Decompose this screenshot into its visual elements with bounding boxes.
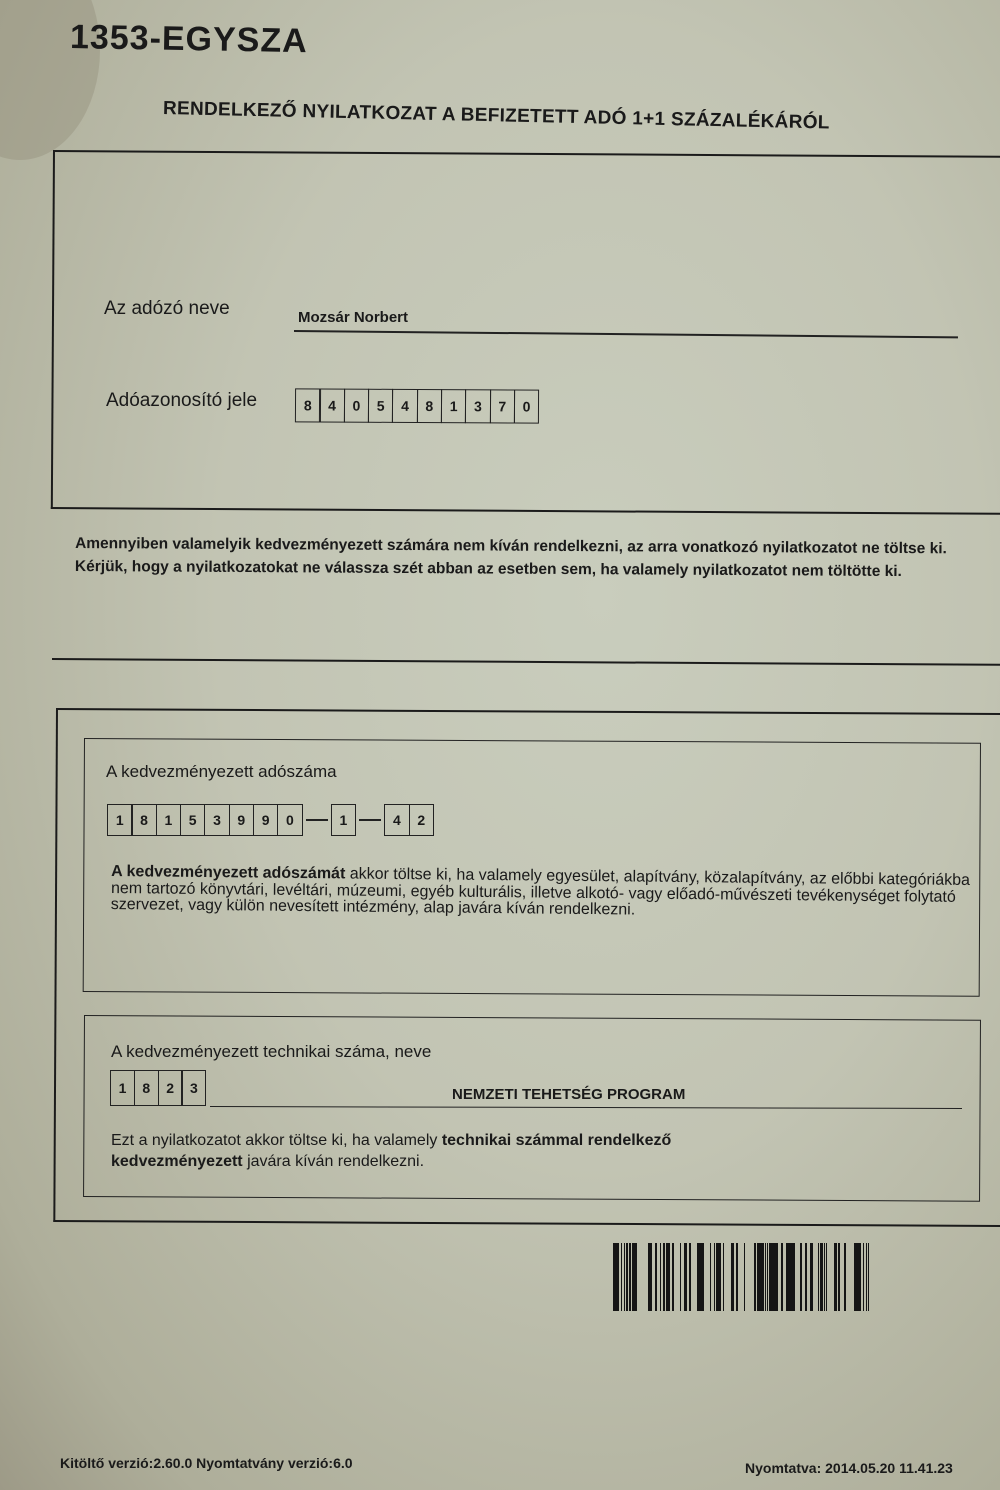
- digit-box[interactable]: 1: [331, 804, 357, 836]
- tax-id-field[interactable]: 8405481370: [295, 388, 539, 423]
- notice-text: Amennyiben valamelyik kedvezményezett sz…: [75, 536, 1000, 588]
- digit-box[interactable]: 7: [489, 389, 515, 423]
- digit-box[interactable]: 0: [277, 804, 303, 836]
- digit-box[interactable]: 8: [131, 804, 157, 836]
- digit-box[interactable]: 5: [180, 804, 206, 836]
- description-text: javára kíván rendelkezni.: [243, 1153, 424, 1170]
- taxpayer-name-field[interactable]: Mozsár Norbert: [298, 309, 408, 326]
- digit-box[interactable]: 1: [441, 389, 467, 423]
- technical-number-description: Ezt a nyilatkozatot akkor töltse ki, ha …: [111, 1130, 911, 1172]
- digit-box[interactable]: 0: [344, 389, 370, 423]
- digit-box[interactable]: 4: [384, 804, 410, 836]
- digit-box[interactable]: 8: [416, 389, 442, 423]
- description-text: Ezt a nyilatkozatot akkor töltse ki, ha …: [111, 1132, 442, 1149]
- digit-box[interactable]: 8: [134, 1070, 159, 1106]
- dash-separator: [306, 819, 328, 821]
- digit-box[interactable]: 3: [465, 389, 491, 423]
- digit-box[interactable]: 9: [229, 804, 255, 836]
- beneficiary-tax-number-field[interactable]: 18153990 1 42: [107, 804, 434, 836]
- tax-number-group-3[interactable]: 42: [384, 804, 434, 836]
- beneficiary-tax-number-description: A kedvezményezett adószámát akkor töltse…: [111, 864, 991, 923]
- section-divider: [52, 658, 1000, 666]
- digit-box[interactable]: 8: [295, 388, 321, 422]
- digit-box[interactable]: 0: [514, 390, 540, 424]
- footer-print-timestamp: Nyomtatva: 2014.05.20 11.41.23: [745, 1460, 953, 1476]
- beneficiary-tax-number-label: A kedvezményezett adószáma: [106, 762, 337, 782]
- digit-box[interactable]: 4: [319, 388, 345, 422]
- document-title: RENDELKEZŐ NYILATKOZAT A BEFIZETETT ADÓ …: [163, 98, 830, 135]
- digit-box[interactable]: 2: [158, 1070, 183, 1106]
- digit-box[interactable]: 3: [181, 1070, 206, 1106]
- pdf417-barcode: [613, 1243, 925, 1311]
- tax-number-group-1[interactable]: 18153990: [107, 804, 303, 836]
- digit-box[interactable]: 9: [253, 804, 279, 836]
- digit-box[interactable]: 1: [156, 804, 182, 836]
- digit-box[interactable]: 5: [368, 389, 394, 423]
- footer-version: Kitöltő verzió:2.60.0 Nyomtatvány verzió…: [60, 1455, 353, 1471]
- description-bold: technikai számmal rendelkező: [442, 1132, 671, 1149]
- digit-box[interactable]: 2: [409, 804, 435, 836]
- technical-number-label: A kedvezményezett technikai száma, neve: [111, 1042, 431, 1062]
- digit-box[interactable]: 4: [392, 389, 418, 423]
- notice-paragraph-1: Amennyiben valamelyik kedvezményezett sz…: [75, 536, 1000, 557]
- description-bold: kedvezményezett: [111, 1153, 243, 1170]
- tax-id-label: Adóazonosító jele: [106, 390, 257, 412]
- digit-box[interactable]: 1: [110, 1070, 135, 1106]
- taxpayer-name-label: Az adózó neve: [104, 298, 230, 320]
- beneficiary-name-field[interactable]: NEMZETI TEHETSÉG PROGRAM: [452, 1086, 685, 1103]
- notice-paragraph-2: Kérjük, hogy a nyilatkozatokat ne válass…: [75, 559, 1000, 580]
- form-code: 1353-EGYSZA: [70, 18, 308, 61]
- tax-number-group-2[interactable]: 1: [331, 804, 357, 836]
- digit-box[interactable]: 3: [204, 804, 230, 836]
- technical-number-field[interactable]: 1823: [110, 1070, 206, 1106]
- digit-box[interactable]: 1: [107, 804, 133, 836]
- dash-separator: [359, 819, 381, 821]
